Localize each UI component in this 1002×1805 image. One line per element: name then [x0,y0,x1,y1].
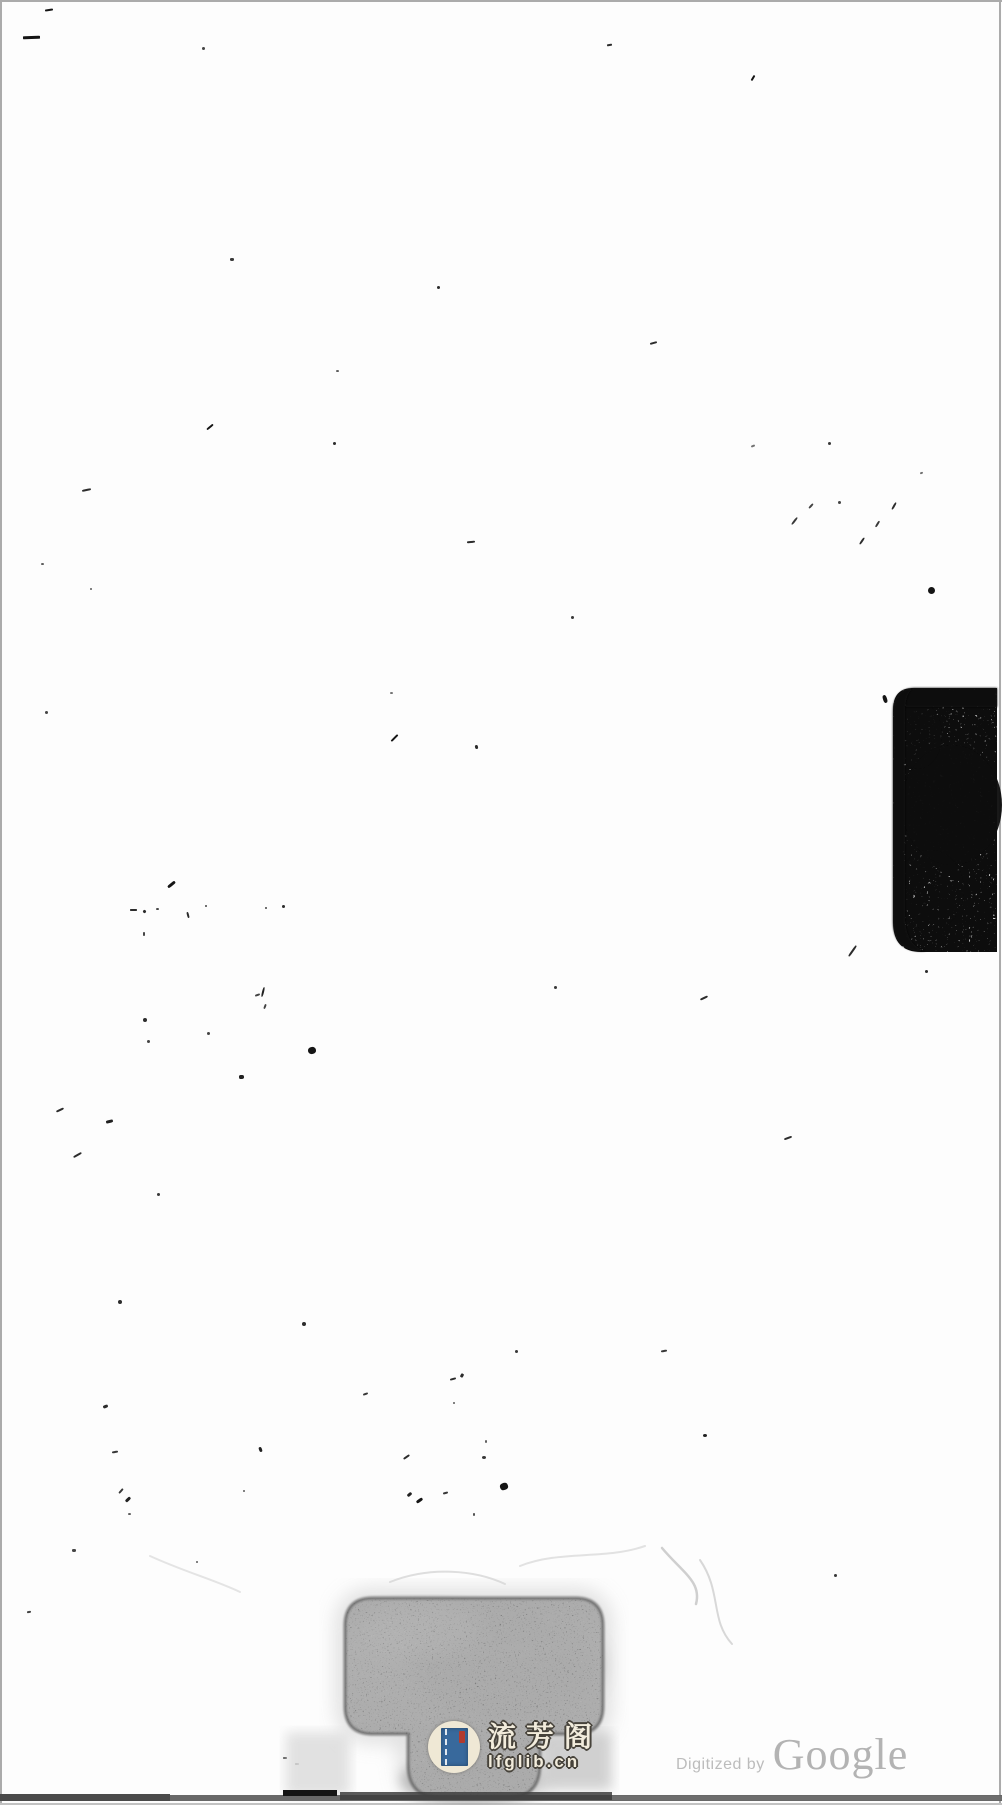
digitized-by-label: Digitized by [676,1756,765,1774]
watermark-text: 流芳阁 lfglib.cn [488,1722,602,1771]
digitized-footer: Digitized by Google [676,1735,908,1775]
watermark: 流芳阁 lfglib.cn [428,1721,602,1773]
watermark-badge [428,1721,480,1773]
scan-artifacts [0,0,1002,1805]
scanned-page: { "page": { "kind": "blank scanned book … [0,0,1002,1805]
ink-stamp [286,1598,612,1804]
book-binding-stitches [445,1729,447,1765]
watermark-subtitle: lfglib.cn [488,1753,602,1771]
ink-blotch [893,688,1002,952]
watermark-title: 流芳阁 [488,1722,602,1752]
google-logo: Google [773,1735,909,1775]
book-seal-label [459,1731,465,1743]
book-icon [441,1728,468,1766]
